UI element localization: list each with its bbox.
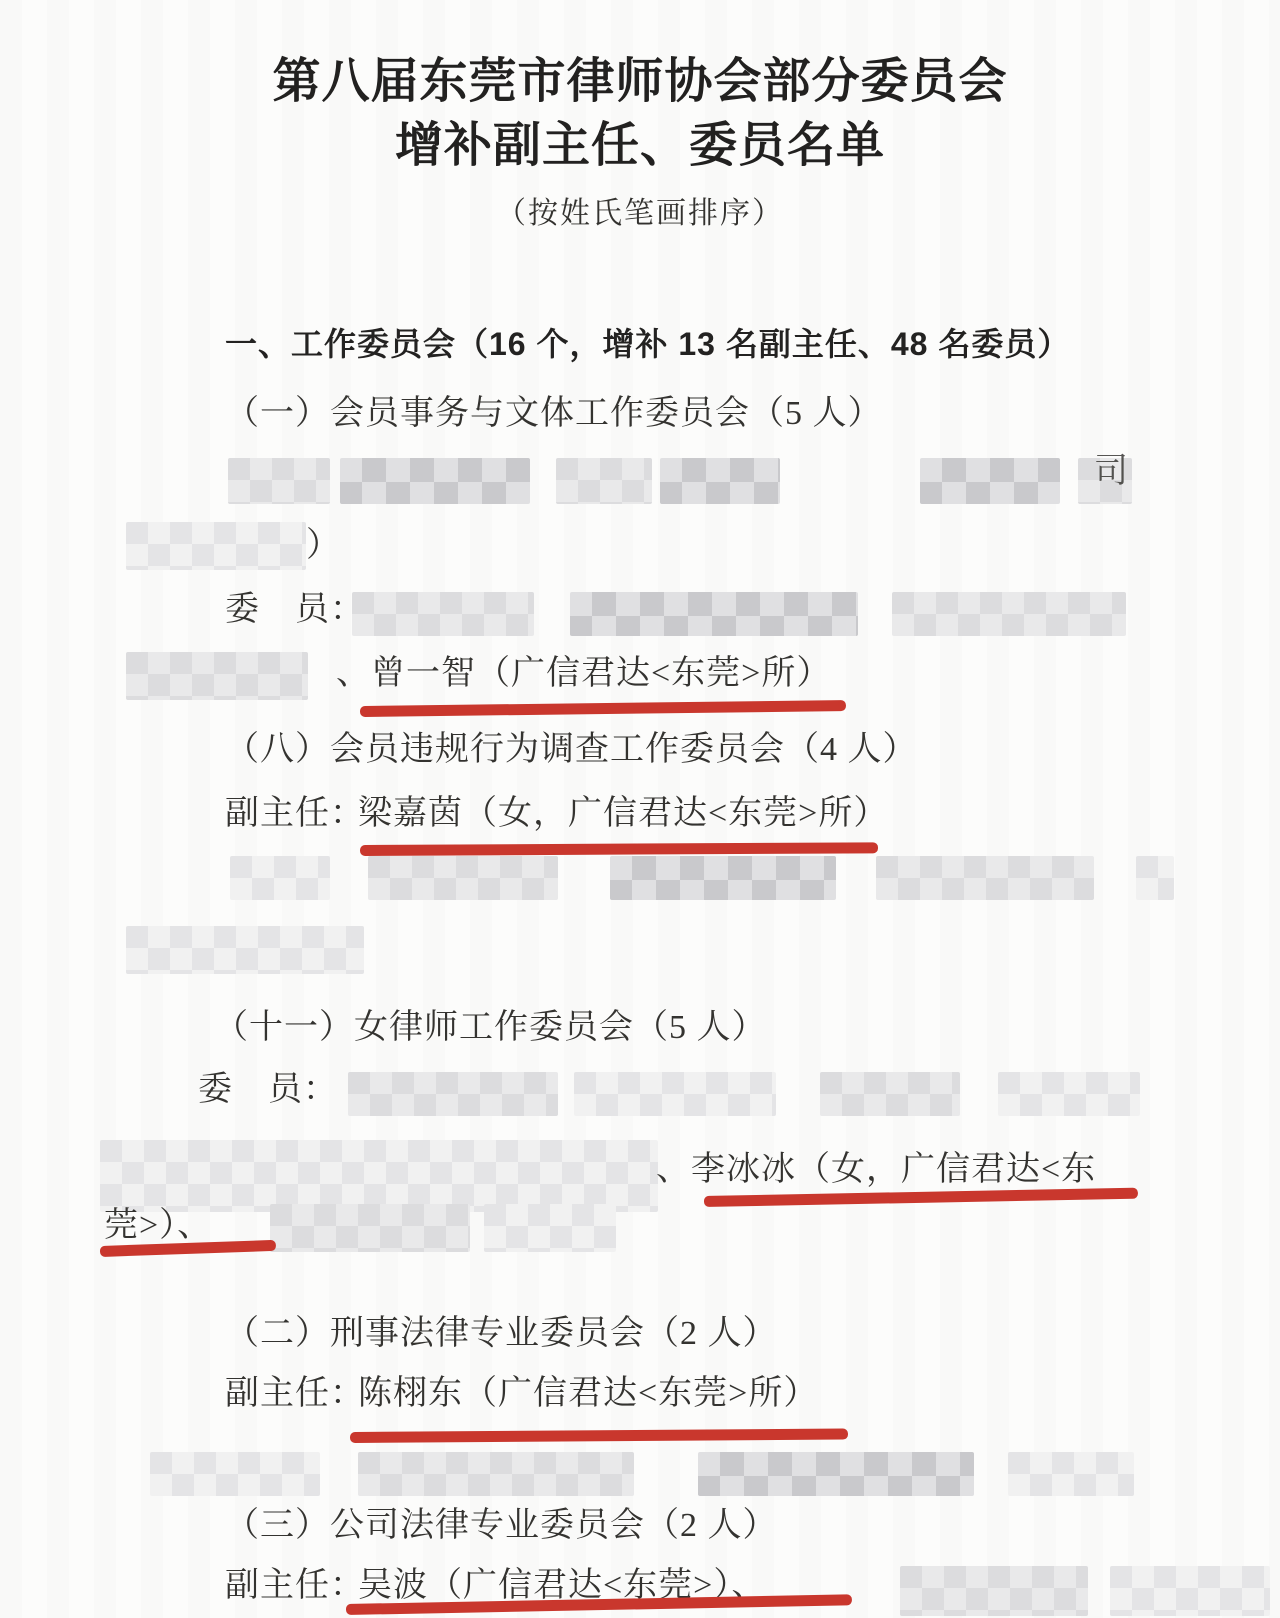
redacted-text-block [340, 458, 530, 504]
deputy-label: 副主任： [225, 1374, 365, 1413]
redacted-text-block [900, 1566, 1088, 1616]
redacted-text-block [126, 522, 306, 570]
sort-note: （按姓氏笔画排序） [0, 197, 1280, 232]
redacted-text-block [228, 458, 330, 504]
deputy-label: 副主任： [225, 794, 365, 833]
redacted-text-block [892, 592, 1126, 636]
redacted-text-block [660, 458, 780, 504]
member-entry-zeng-yizhi: 、曾一智（广信君达<东莞>所） [336, 654, 831, 693]
redacted-text-block [484, 1204, 616, 1252]
highlight-underline [360, 842, 878, 856]
redacted-text-block [570, 592, 858, 636]
redacted-text-block [126, 926, 364, 974]
redacted-text-block [1008, 1452, 1134, 1496]
section-work-committees-heading: 一、工作委员会（16 个，增补 13 名副主任、48 名委员） [225, 326, 1070, 363]
committee-women-heading: （十一）女律师工作委员会（5 人） [214, 1008, 767, 1047]
redacted-text-block [230, 856, 330, 900]
member-entry-li-bingbing-line2: 莞>）、 [104, 1206, 212, 1245]
scanned-document-page: 第八届东莞市律师协会部分委员会 增补副主任、委员名单 （按姓氏笔画排序） 一、工… [0, 0, 1280, 1618]
committee-violation-heading: （八）会员违规行为调查工作委员会（4 人） [225, 730, 918, 769]
committee-corporate-heading: （三）公司法律专业委员会（2 人） [225, 1506, 778, 1545]
redacted-text-block [348, 1072, 558, 1116]
partial-visible-glyph: 司 [1094, 452, 1129, 491]
member-label: 委 员： [198, 1070, 338, 1109]
redacted-text-block [920, 458, 1060, 504]
redacted-text-block [270, 1204, 470, 1252]
redacted-text-block [876, 856, 1094, 900]
redacted-text-block [1110, 1566, 1270, 1616]
highlight-underline [360, 700, 846, 717]
committee-criminal-heading: （二）刑事法律专业委员会（2 人） [225, 1314, 778, 1353]
redacted-text-block [698, 1452, 974, 1496]
redacted-text-block [998, 1072, 1140, 1116]
redacted-text-block [100, 1140, 658, 1212]
deputy-label: 副主任： [225, 1566, 365, 1605]
deputy-entry-chen-xudong: 陈栩东（广信君达<东莞>所） [358, 1374, 818, 1413]
committee-membership-heading: （一）会员事务与文体工作委员会（5 人） [225, 394, 883, 433]
redacted-text-block [1136, 856, 1174, 900]
redacted-text-block [556, 458, 652, 504]
deputy-entry-liang-jiayin: 梁嘉茵（女，广信君达<东莞>所） [358, 794, 888, 833]
redacted-text-block [610, 856, 836, 900]
member-label: 委 员： [225, 590, 365, 629]
redacted-text-block [574, 1072, 776, 1116]
redacted-text-block [820, 1072, 960, 1116]
redacted-text-block [358, 1452, 634, 1496]
redacted-text-block [352, 592, 534, 636]
doc-title-line1: 第八届东莞市律师协会部分委员会 [0, 54, 1280, 109]
member-entry-li-bingbing-line1: 、李冰冰（女，广信君达<东 [656, 1150, 1096, 1189]
redacted-text-block [126, 652, 308, 700]
doc-title-line2: 增补副主任、委员名单 [0, 118, 1280, 173]
redacted-text-block [368, 856, 558, 900]
highlight-underline [350, 1429, 848, 1443]
highlight-underline [704, 1188, 1138, 1207]
wrapped-close-paren: ） [306, 526, 341, 565]
redacted-text-block [150, 1452, 320, 1496]
